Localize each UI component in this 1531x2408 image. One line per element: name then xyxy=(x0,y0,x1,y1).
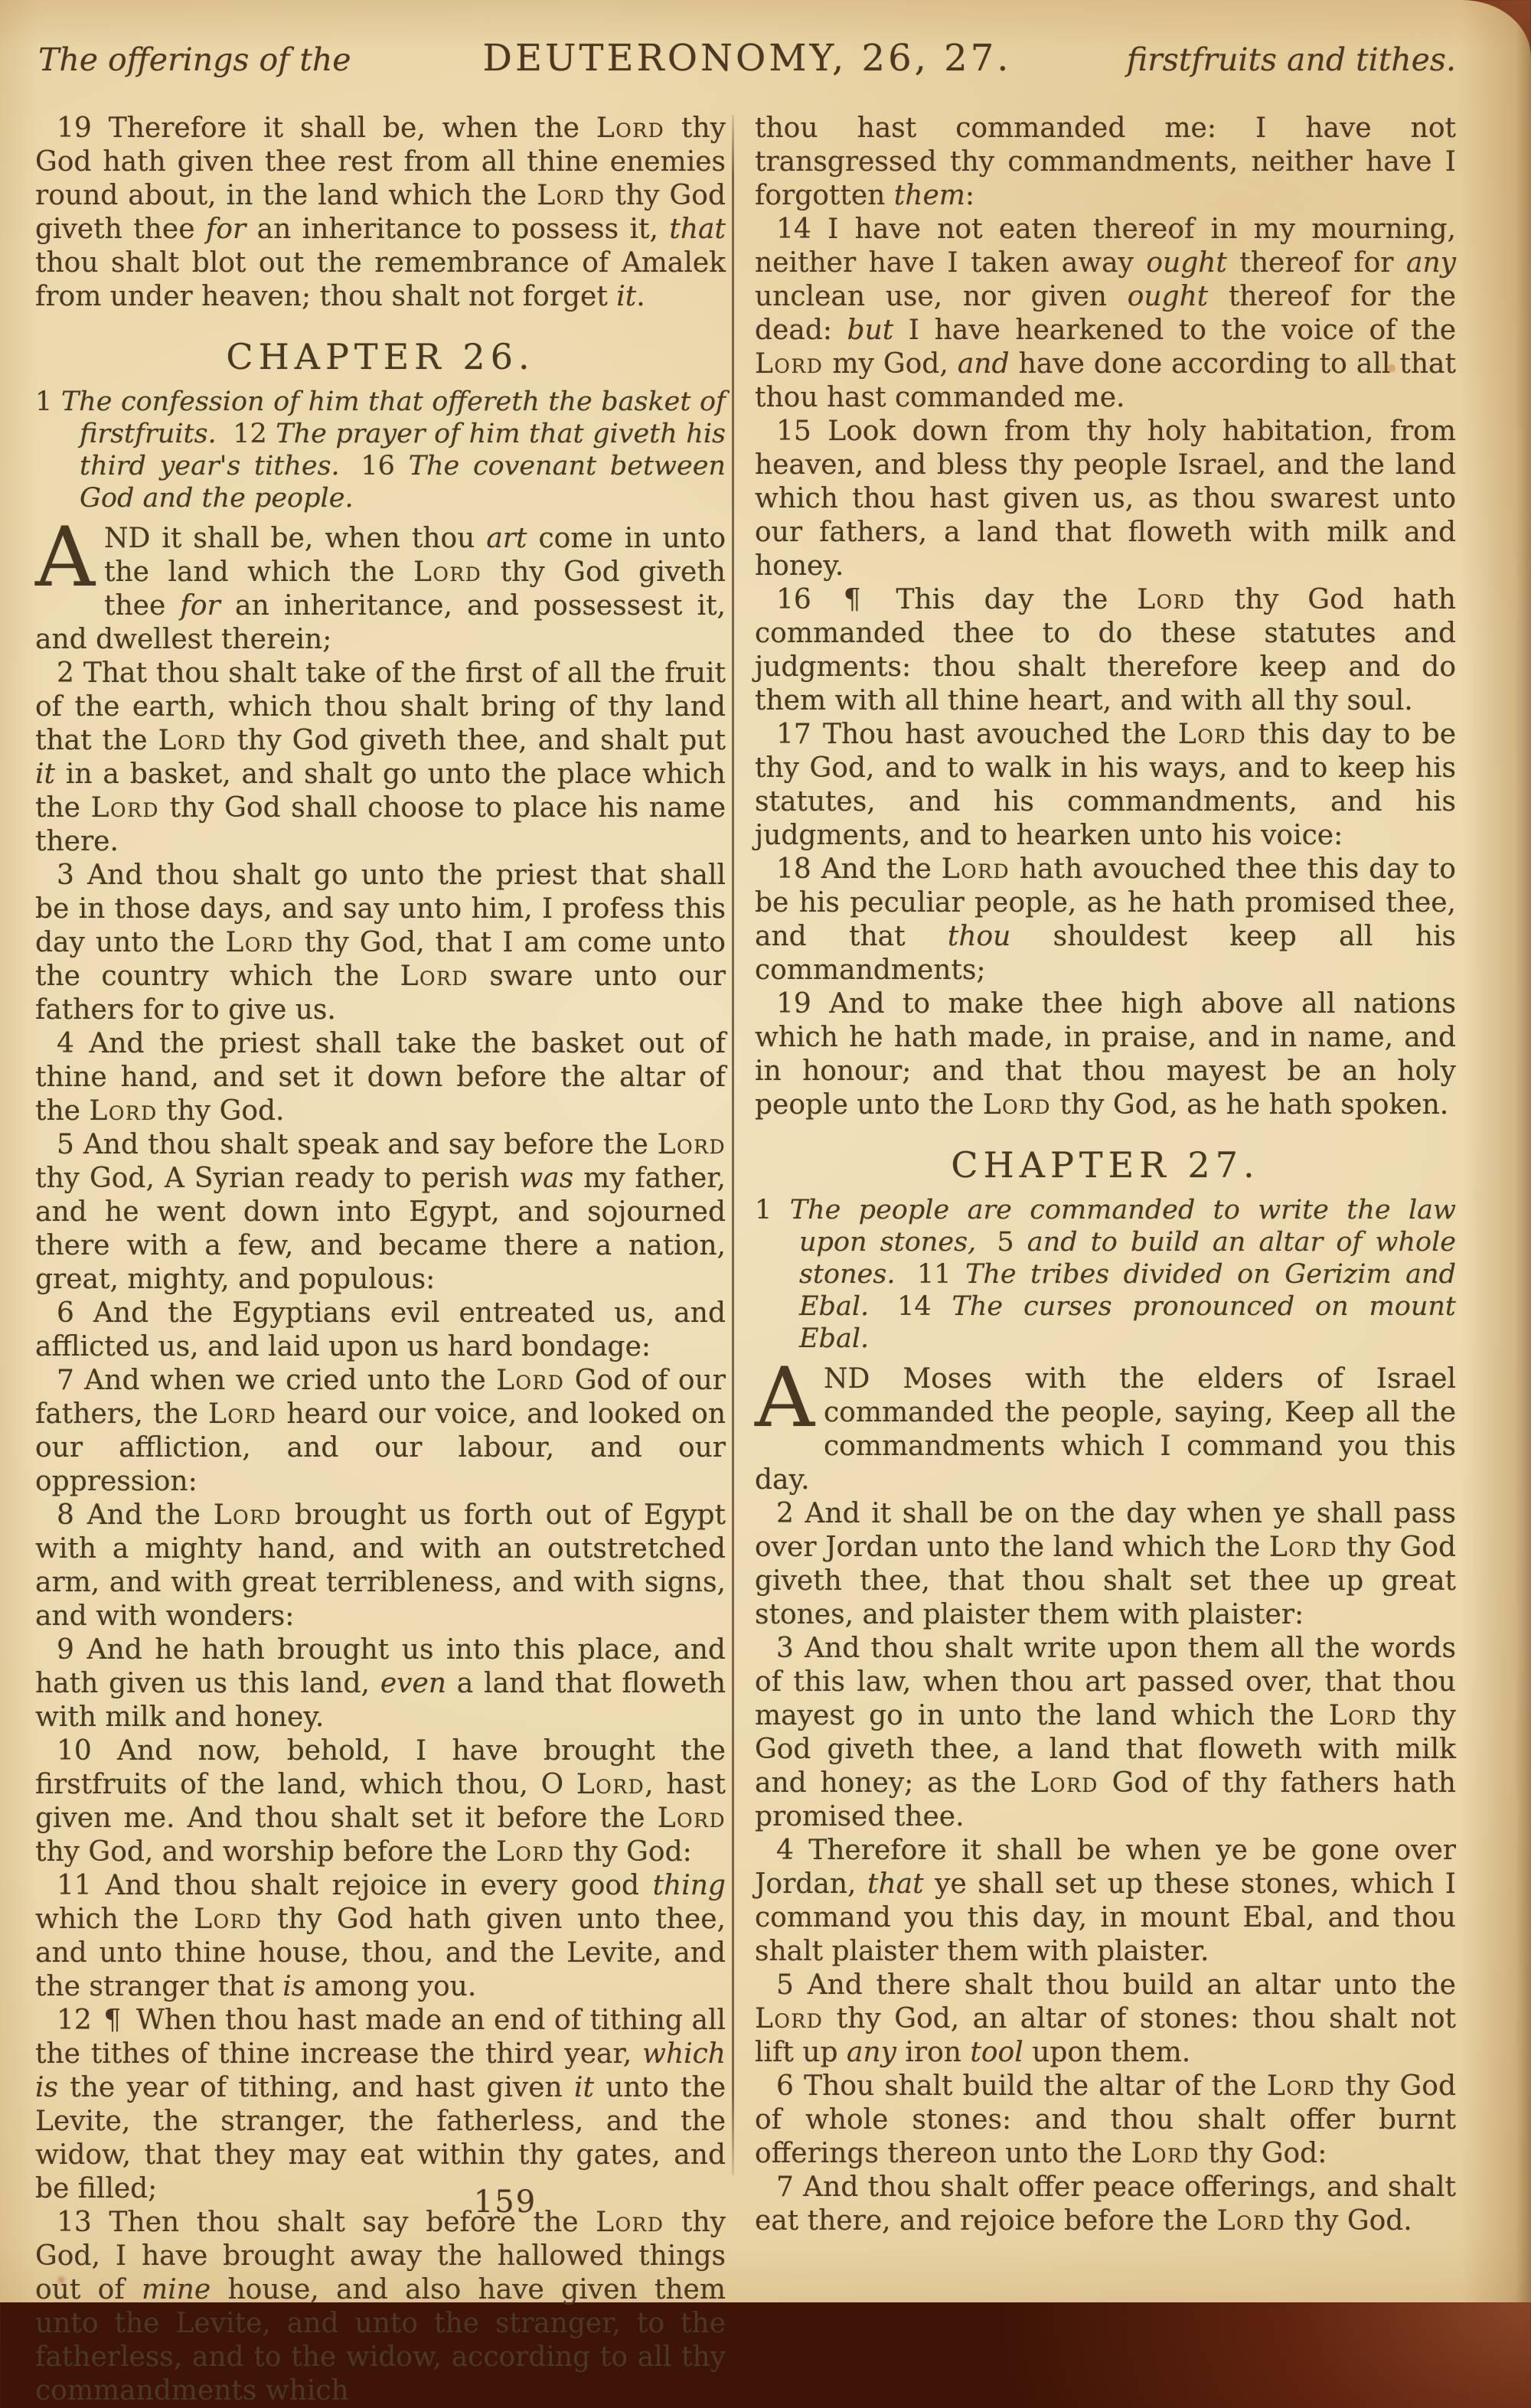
verse-number: 3 xyxy=(776,1633,794,1664)
verse: 11 And thou shalt rejoice in every good … xyxy=(35,1869,726,2004)
verse: 8 And the Lord brought us forth out of E… xyxy=(35,1499,726,1633)
pilcrow-mark: ¶ xyxy=(841,584,867,615)
verse: 19 Therefore it shall be, when the Lord … xyxy=(35,112,726,314)
chapter-summary: 1 The confession of him that offereth th… xyxy=(35,386,726,514)
verse: 3 And thou shalt go unto the priest that… xyxy=(35,859,726,1027)
verse: 3 And thou shalt write upon them all the… xyxy=(755,1632,1456,1834)
running-head-title: DEUTERONOMY, 26, 27. xyxy=(483,37,1012,80)
verse: 7 And when we cried unto the Lord God of… xyxy=(35,1364,726,1499)
verse: 16 ¶ This day the Lord thy God hath comm… xyxy=(755,583,1456,718)
verse-continuation: thou hast commanded me: I have not trans… xyxy=(755,112,1456,213)
verse-number: 9 xyxy=(57,1634,74,1666)
column-divider-rule xyxy=(732,115,734,2175)
verse-number: 5 xyxy=(776,1969,794,2001)
summary-verse-ref: 1 xyxy=(35,387,52,417)
summary-verse-ref: 5 xyxy=(997,1227,1014,1258)
verse: 2 That thou shalt take of the first of a… xyxy=(35,657,726,859)
verse-number: 5 xyxy=(57,1129,74,1160)
verse: 13 Then thou shalt say before the Lord t… xyxy=(35,2206,726,2302)
verse-number: 6 xyxy=(57,1297,74,1329)
verse: 6 Thou shalt build the altar of the Lord… xyxy=(755,2070,1456,2171)
verse: 4 And the priest shall take the basket o… xyxy=(35,1027,726,1128)
verse-number: 8 xyxy=(57,1499,74,1531)
verse-number: 13 xyxy=(57,2207,92,2238)
drop-cap: A xyxy=(755,1362,824,1431)
verse-number: 14 xyxy=(776,214,811,245)
running-head-left: The offerings of the xyxy=(38,41,483,78)
verse-number: 17 xyxy=(776,719,811,750)
bible-page: The offerings of the DEUTERONOMY, 26, 27… xyxy=(0,0,1531,2302)
verse-number: 6 xyxy=(776,2070,794,2102)
verse-number: 3 xyxy=(57,860,74,891)
verse: 6 And the Egyptians evil entreated us, a… xyxy=(35,1297,726,1364)
verse: 10 And now, behold, I have brought the f… xyxy=(35,1734,726,1869)
drop-cap: A xyxy=(35,522,104,591)
verse-number: 12 xyxy=(57,2005,92,2036)
summary-verse-ref: 14 xyxy=(897,1291,932,1322)
verse: 15 Look down from thy holy habitation, f… xyxy=(755,415,1456,583)
verse: 14 I have not eaten thereof in my mourni… xyxy=(755,213,1456,415)
verse: 2 And it shall be on the day when ye sha… xyxy=(755,1497,1456,1632)
verse-number: 15 xyxy=(776,416,811,447)
verse-number: 19 xyxy=(57,113,92,144)
chapter-summary: 1 The people are commanded to write the … xyxy=(755,1194,1456,1355)
verse: AND Moses with the elders of Israel comm… xyxy=(755,1362,1456,1497)
verse-number: 4 xyxy=(57,1028,74,1059)
verse-number: 2 xyxy=(57,657,74,689)
text-column-right: thou hast commanded me: I have not trans… xyxy=(755,112,1456,2238)
verse-number: 18 xyxy=(776,853,811,885)
verse: 9 And he hath brought us into this place… xyxy=(35,1633,726,1734)
pilcrow-mark: ¶ xyxy=(100,2005,127,2036)
chapter-heading: CHAPTER 26. xyxy=(35,340,726,374)
summary-verse-ref: 12 xyxy=(233,419,267,449)
text-column-left: 19 Therefore it shall be, when the Lord … xyxy=(35,112,726,2302)
verse-number: 10 xyxy=(57,1735,92,1767)
verse: AND it shall be, when thou art come in u… xyxy=(35,522,726,657)
verse-number: 7 xyxy=(776,2171,794,2203)
verse: 4 Therefore it shall be when ye be gone … xyxy=(755,1834,1456,1969)
running-head-right: firstfruits and tithes. xyxy=(1011,41,1456,78)
chapter-heading: CHAPTER 27. xyxy=(755,1148,1456,1182)
verse-number: 4 xyxy=(776,1835,794,1866)
summary-verse-ref: 11 xyxy=(917,1259,952,1290)
verse-number: 19 xyxy=(776,988,811,1020)
verse: 19 And to make thee high above all natio… xyxy=(755,987,1456,1122)
verse: 5 And there shalt thou build an altar un… xyxy=(755,1969,1456,2070)
verse-number: 11 xyxy=(57,1870,92,1901)
verse: 7 And thou shalt offer peace offerings, … xyxy=(755,2171,1456,2238)
verse: 17 Thou hast avouched the Lord this day … xyxy=(755,718,1456,853)
verse: 12 ¶ When thou hast made an end of tithi… xyxy=(35,2004,726,2206)
verse-number: 16 xyxy=(776,584,811,615)
verse: 18 And the Lord hath avouched thee this … xyxy=(755,853,1456,987)
page-number: 159 xyxy=(429,2184,582,2220)
verse-number: 2 xyxy=(776,1498,794,1529)
verse: 5 And thou shalt speak and say before th… xyxy=(35,1128,726,1297)
summary-verse-ref: 1 xyxy=(755,1195,772,1225)
verse-number: 7 xyxy=(57,1365,74,1396)
summary-verse-ref: 16 xyxy=(361,451,395,481)
running-head: The offerings of the DEUTERONOMY, 26, 27… xyxy=(38,37,1456,80)
